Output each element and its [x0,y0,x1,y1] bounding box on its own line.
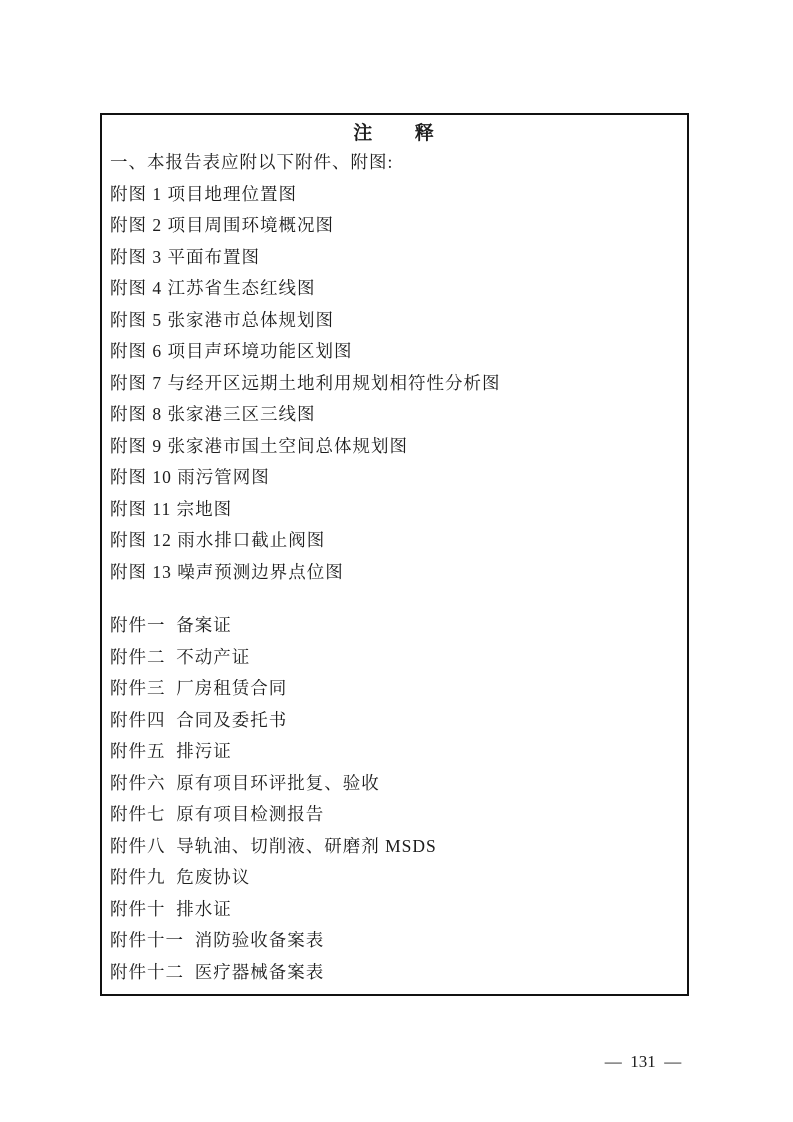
note-line: 附图 8 张家港三区三线图 [110,399,679,431]
attachment-list: 附件一 备案证附件二 不动产证附件三 厂房租赁合同附件四 合同及委托书附件五 排… [110,610,679,988]
figure-list: 附图 1 项目地理位置图附图 2 项目周围环境概况图附图 3 平面布置图附图 4… [110,179,679,589]
note-line: 附图 2 项目周围环境概况图 [110,210,679,242]
page-number: — 131 — [593,1050,693,1074]
note-line: 附图 11 宗地图 [110,494,679,526]
note-line: 附件五 排污证 [110,736,679,768]
note-line: 附图 4 江苏省生态红线图 [110,273,679,305]
note-line: 附图 13 噪声预测边界点位图 [110,557,679,589]
note-line: 附图 1 项目地理位置图 [110,179,679,211]
note-line: 附图 7 与经开区远期土地利用规划相符性分析图 [110,368,679,400]
notes-box: 注 释 一、本报告表应附以下附件、附图: 附图 1 项目地理位置图附图 2 项目… [100,113,689,996]
note-line: 附图 9 张家港市国土空间总体规划图 [110,431,679,463]
document-page: 注 释 一、本报告表应附以下附件、附图: 附图 1 项目地理位置图附图 2 项目… [0,0,793,1122]
note-line: 附件十 排水证 [110,894,679,926]
note-line: 附图 10 雨污管网图 [110,462,679,494]
note-line: 附件十一 消防验收备案表 [110,925,679,957]
notes-intro-line: 一、本报告表应附以下附件、附图: [110,147,679,179]
note-line: 附件七 原有项目检测报告 [110,799,679,831]
note-line: 附图 12 雨水排口截止阀图 [110,525,679,557]
note-line: 附图 5 张家港市总体规划图 [110,305,679,337]
note-line: 附件二 不动产证 [110,642,679,674]
list-gap [110,588,679,610]
note-line: 附图 6 项目声环境功能区划图 [110,336,679,368]
note-line: 附件三 厂房租赁合同 [110,673,679,705]
notes-title: 注 释 [110,120,679,147]
note-line: 附件九 危废协议 [110,862,679,894]
note-line: 附件四 合同及委托书 [110,705,679,737]
note-line: 附件八 导轨油、切削液、研磨剂 MSDS [110,831,679,863]
note-line: 附件六 原有项目环评批复、验收 [110,768,679,800]
note-line: 附件一 备案证 [110,610,679,642]
note-line: 附件十二 医疗器械备案表 [110,957,679,989]
note-line: 附图 3 平面布置图 [110,242,679,274]
